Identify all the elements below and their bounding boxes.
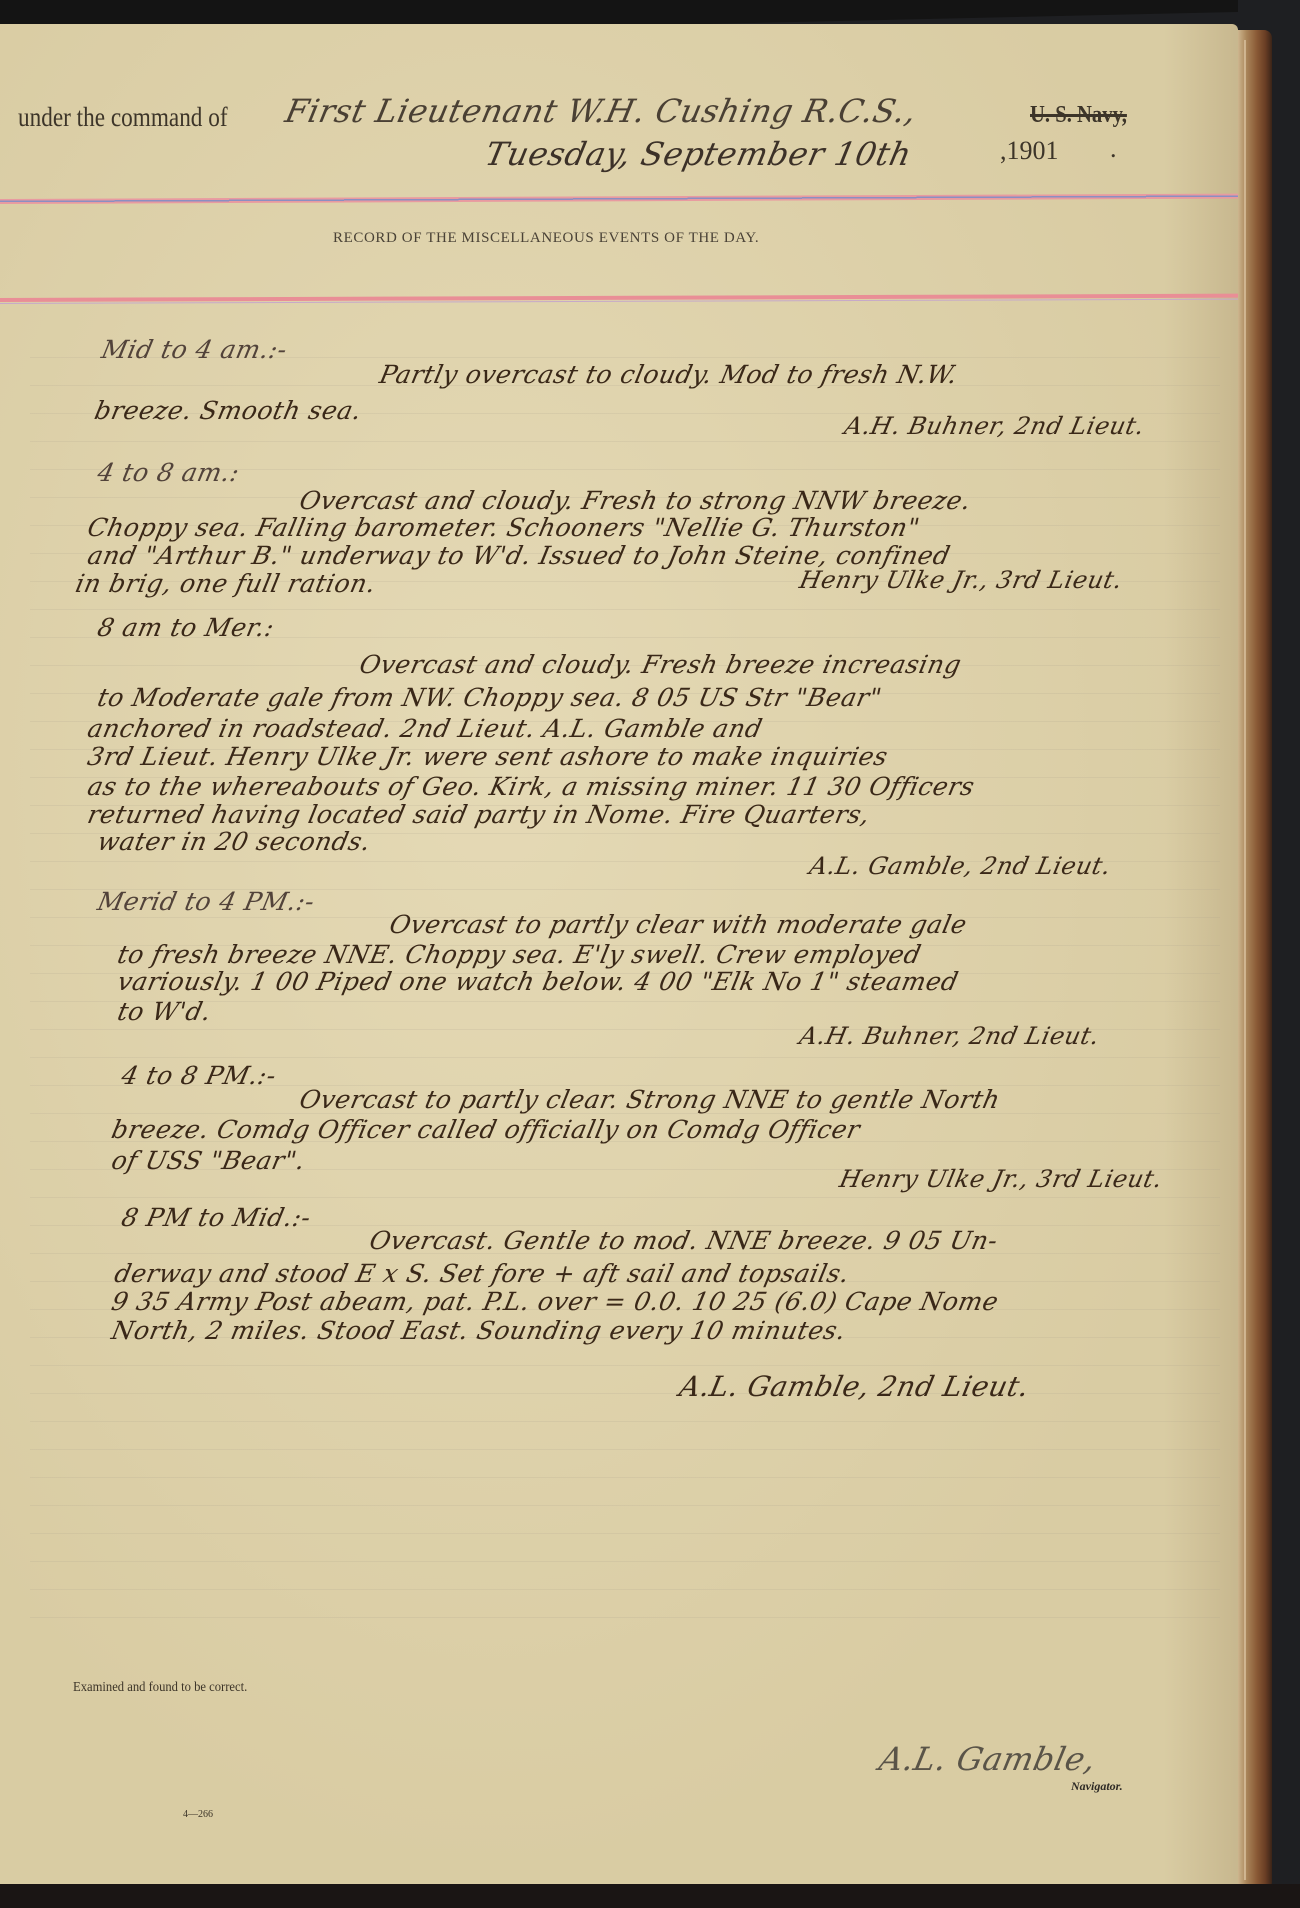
commander-name: First Lieutenant W.H. Cushing R.C.S.,: [282, 92, 920, 130]
watch-heading: 8 PM to Mid.:-: [119, 1203, 314, 1232]
page-edge-highlight: [1244, 40, 1246, 1880]
log-line: to fresh breeze NNE. Choppy sea. E'ly sw…: [115, 940, 924, 969]
log-line: to Moderate gale from NW. Choppy sea. 8 …: [95, 683, 885, 712]
log-line: Overcast and cloudy. Fresh to strong NNW…: [297, 486, 974, 515]
watch-signature: Henry Ulke Jr., 3rd Lieut.: [797, 566, 1125, 594]
log-line: North, 2 miles. Stood East. Sounding eve…: [109, 1316, 849, 1345]
date-period: .: [1110, 134, 1117, 164]
log-line: of USS "Bear".: [109, 1146, 308, 1175]
watch-heading: Mid to 4 am.:-: [99, 335, 290, 364]
log-year: ,1901: [1000, 136, 1059, 166]
form-number: 4—266: [183, 1809, 213, 1820]
command-label: under the command of: [18, 102, 228, 133]
watch-heading: 4 to 8 PM.:-: [119, 1061, 279, 1090]
watch-signature: A.L. Gamble, 2nd Lieut.: [676, 1370, 1032, 1403]
log-line: breeze. Smooth sea.: [92, 396, 365, 425]
log-line: returned having located said party in No…: [85, 800, 873, 829]
bottom-shadow: [0, 1884, 1300, 1908]
examined-statement: Examined and found to be correct.: [73, 1680, 247, 1696]
log-line: 9 35 Army Post abeam, pat. P.L. over = 0…: [109, 1287, 1001, 1316]
section-title: RECORD OF THE MISCELLANEOUS EVENTS OF TH…: [333, 230, 759, 247]
watch-heading: 8 am to Mer.:: [95, 613, 277, 642]
log-line: variously. 1 00 Piped one watch below. 4…: [115, 967, 961, 996]
log-line: water in 20 seconds.: [95, 827, 374, 856]
log-line: Choppy sea. Falling barometer. Schooners…: [85, 513, 923, 542]
log-line: 3rd Lieut. Henry Ulke Jr. were sent asho…: [85, 742, 891, 771]
watch-heading: Merid to 4 PM.:-: [95, 887, 318, 916]
log-line: Partly overcast to cloudy. Mod to fresh …: [377, 360, 960, 389]
log-line: as to the whereabouts of Geo. Kirk, a mi…: [85, 772, 977, 801]
watch-heading: 4 to 8 am.:: [95, 458, 242, 487]
log-date: Tuesday, September 10th: [482, 135, 915, 173]
navigator-title: Navigator.: [1071, 1779, 1123, 1794]
navigator-signature: A.L. Gamble,: [876, 1740, 1100, 1778]
watch-signature: Henry Ulke Jr., 3rd Lieut.: [837, 1165, 1165, 1193]
log-line: Overcast. Gentle to mod. NNE breeze. 9 0…: [367, 1226, 1001, 1255]
log-line: to W'd.: [115, 997, 214, 1026]
log-line: derway and stood E x S. Set fore + aft s…: [112, 1259, 852, 1288]
log-line: anchored in roadstead. 2nd Lieut. A.L. G…: [85, 714, 765, 743]
log-line: in brig, one full ration.: [73, 569, 379, 598]
log-line: Overcast to partly clear. Strong NNE to …: [297, 1085, 1003, 1114]
struck-service-text: U. S. Navy,: [1030, 102, 1127, 128]
log-line: Overcast and cloudy. Fresh breeze increa…: [357, 650, 964, 679]
log-line: Overcast to partly clear with moderate g…: [387, 910, 970, 939]
watch-signature: A.L. Gamble, 2nd Lieut.: [807, 852, 1114, 880]
struck-service: U. S. Navy,: [1030, 102, 1127, 129]
watch-signature: A.H. Buhner, 2nd Lieut.: [797, 1022, 1102, 1050]
log-line: breeze. Comdg Officer called officially …: [109, 1115, 863, 1144]
watch-signature: A.H. Buhner, 2nd Lieut.: [842, 412, 1147, 440]
